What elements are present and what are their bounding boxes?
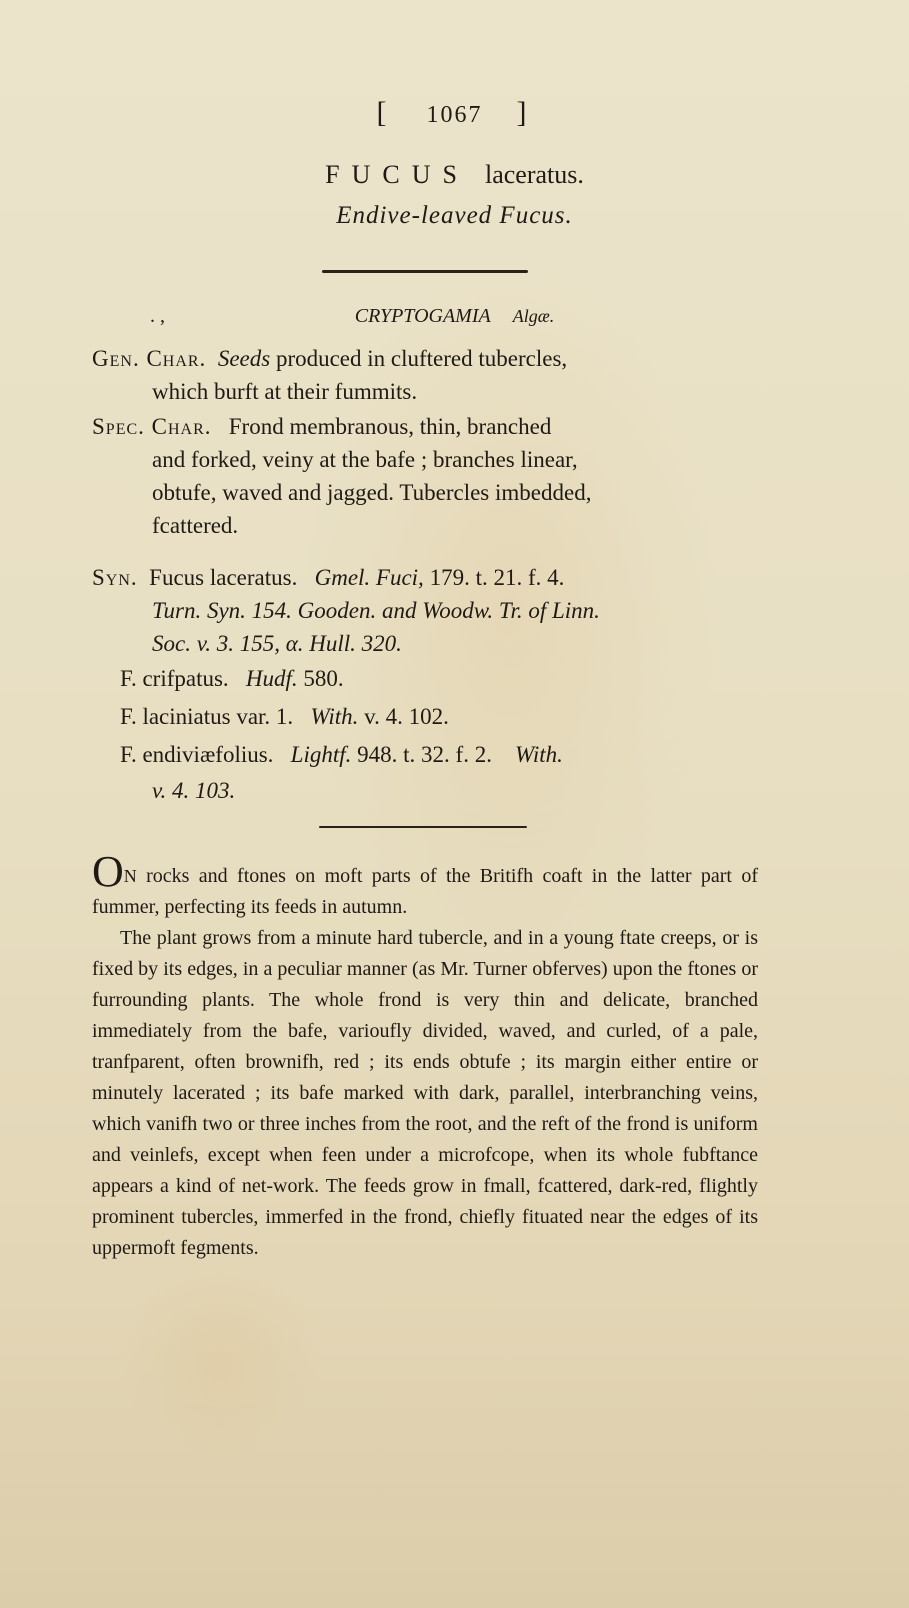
synonym-entry: F. endiviæfolius. Lightf. 948. t. 32. f.…: [92, 736, 760, 774]
common-name: Endive-leaved Fucus.: [0, 202, 909, 230]
spec-char-text-cont: fcattered.: [92, 509, 760, 542]
description: ON rocks and ftones on moft parts of the…: [92, 858, 758, 1264]
spec-char-label: Spec. Char.: [92, 414, 212, 439]
first-word-rest: N: [124, 866, 137, 886]
divider-rule: [322, 270, 528, 273]
spec-char-text-cont: and forked, veiny at the bafe ; branches…: [92, 443, 760, 476]
classification-class: CRYPTOGAMIA: [355, 305, 491, 327]
book-page: [1067] FUCUSlaceratus. Endive-leaved Fuc…: [0, 0, 909, 1608]
synonym-ref-cont: v. 4. 103.: [92, 774, 760, 808]
synonym-ref-cont: Turn. Syn. 154. Gooden. and Woodw. Tr. o…: [92, 594, 760, 627]
species-title: FUCUSlaceratus.: [0, 160, 909, 190]
bracket-left: [: [377, 96, 393, 129]
description-paragraph: ON rocks and ftones on moft parts of the…: [92, 858, 758, 923]
synonym-ref: Lightf.: [291, 742, 352, 767]
synonym-name: F. laciniatus var. 1.: [120, 704, 293, 729]
synonym-ref: Gmel. Fuci,: [315, 565, 424, 590]
divider-rule: [319, 826, 527, 828]
species-name: laceratus.: [485, 160, 584, 189]
synonym-ref: With.: [515, 742, 563, 767]
paper-stain: [120, 1260, 320, 1460]
drop-cap: O: [92, 847, 124, 896]
paragraph-text: rocks and ftones on moft parts of the Br…: [92, 865, 758, 918]
seeds-word: Seeds: [218, 346, 270, 371]
page-number: [1067]: [0, 96, 909, 130]
synonym-ref-num: 179. t. 21. f. 4.: [430, 565, 565, 590]
synonym-name: Fucus laceratus.: [149, 565, 297, 590]
description-paragraph: The plant grows from a minute hard tuber…: [92, 923, 758, 1264]
synonym-name: F. endiviæfolius.: [120, 742, 273, 767]
genus-name: FUCUS: [325, 160, 469, 189]
spec-char-text-cont: obtufe, waved and jagged. Tubercles imbe…: [92, 476, 760, 509]
synonym-ref-num: 580.: [303, 666, 343, 691]
classification-line: . , CRYPTOGAMIAAlgæ.: [0, 305, 909, 328]
synonym-ref: Hudf.: [246, 666, 298, 691]
page-number-value: 1067: [427, 102, 483, 128]
synonym-ref: With.: [310, 704, 358, 729]
synonym-ref-cont: Soc. v. 3. 155, α. Hull. 320.: [92, 627, 760, 660]
synonyms: Syn. Fucus laceratus. Gmel. Fuci, 179. t…: [92, 561, 760, 808]
gen-char-text-cont: which burft at their fummits.: [92, 375, 760, 408]
gen-char-label: Gen. Char.: [92, 346, 206, 371]
classification-order: Algæ.: [513, 306, 555, 326]
gen-char-text: produced in cluftered tubercles,: [270, 346, 567, 371]
synonym-ref-num: v. 4. 102.: [364, 704, 449, 729]
synonym-ref-num: 948. t. 32. f. 2.: [357, 742, 492, 767]
syn-label: Syn.: [92, 565, 138, 590]
synonym-entry: F. crifpatus. Hudf. 580.: [92, 660, 760, 698]
generic-character: Gen. Char. Seeds produced in cluftered t…: [92, 342, 760, 408]
specific-character: Spec. Char. Frond membranous, thin, bran…: [92, 410, 760, 542]
synonym-name: F. crifpatus.: [120, 666, 229, 691]
synonym-entry: F. laciniatus var. 1. With. v. 4. 102.: [92, 698, 760, 736]
bracket-right: ]: [517, 96, 533, 129]
spec-char-text: Frond membranous, thin, branched: [229, 414, 552, 439]
print-marks: . ,: [150, 305, 165, 328]
